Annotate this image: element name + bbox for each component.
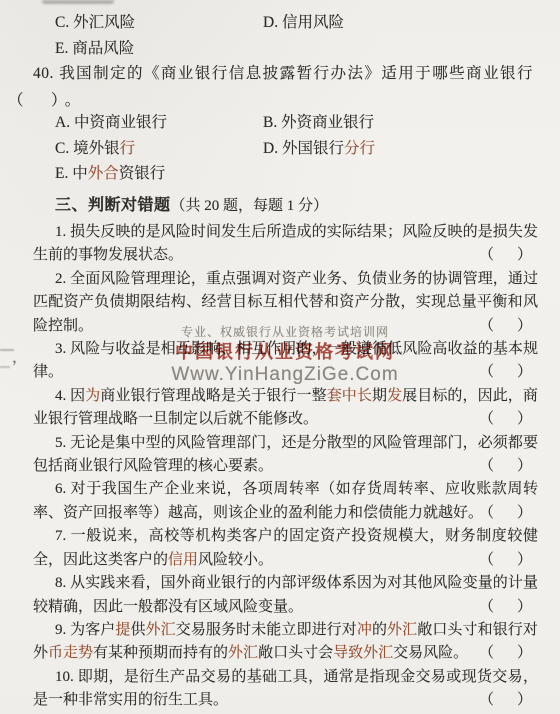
question-40-option-a: A. 中资商业银行	[55, 110, 167, 132]
judgement-question-9: 9. 为客户提供外汇交易服务时未能立即进行对冲的外汇敞口头寸和银行对外币走势有某…	[33, 619, 538, 666]
answer-bracket: （ ）	[479, 596, 536, 619]
question-40-stem: 40. 我国制定的《商业银行信息披露暂行办法》适用于哪些商业银行	[33, 61, 533, 83]
scan-edge-smudge	[42, 0, 114, 4]
judgement-question-5: 5. 无论是集中型的风险管理部门，还是分散型的风险管理部门，必须都要包括商业银行…	[33, 432, 538, 479]
answer-bracket: （ ）	[479, 408, 536, 431]
section-heading: 三、判断对错题（共 20 题，每题 1 分）	[55, 192, 328, 215]
section-meta: （共 20 题，每题 1 分）	[171, 198, 329, 214]
question-text: 8. 从实践来看，国外商业银行的内部评级体系因为对其他风险变量的计量较精确，因此…	[33, 575, 538, 614]
question-text: 9. 为客户提供外汇交易服务时未能立即进行对冲的外汇敞口头寸和银行对外币走势有某…	[33, 622, 538, 661]
question-text: 6. 对于我国生产企业来说，各项周转率（如存货周转率、应收账款周转率、资产回报率…	[33, 481, 538, 520]
stray-comma-artifact: ，	[12, 346, 27, 367]
answer-bracket: （ ）	[479, 502, 536, 525]
judgement-question-6: 6. 对于我国生产企业来说，各项周转率（如存货周转率、应收账款周转率、资产回报率…	[33, 478, 538, 525]
prev-question-option-d: D. 信用风险	[263, 10, 344, 32]
judgement-question-4: 4. 因为商业银行管理战略是关于银行一整套中长期发展目标的，因此，商业银行管理战…	[33, 385, 538, 432]
question-text: 4. 因为商业银行管理战略是关于银行一整套中长期发展目标的，因此，商业银行管理战…	[33, 388, 538, 427]
answer-bracket: （ ）	[479, 642, 536, 665]
judgement-question-2: 2. 全面风险管理理论，重点强调对资产业务、负债业务的协调管理，通过匹配资产负债…	[33, 268, 538, 338]
judgement-question-8: 8. 从实践来看，国外商业银行的内部评级体系因为对其他风险变量的计量较精确，因此…	[33, 572, 538, 619]
question-40-option-e: E. 中外合资银行	[55, 161, 165, 183]
question-40-answer-bracket: （ ）。	[8, 88, 86, 110]
answer-bracket: （ ）	[479, 689, 536, 712]
section-title: 三、判断对错题	[55, 197, 171, 214]
judgement-question-3: 3. 风险与收益是相互影响、相互作用的，一般遵循低风险高收益的基本规律。（ ）	[33, 338, 538, 385]
answer-bracket: （ ）	[479, 455, 536, 478]
answer-bracket: （ ）	[479, 244, 536, 267]
scan-edge-tick-2	[0, 366, 10, 368]
question-text: 1. 损失反映的是风险时间发生后所造成的实际结果；风险反映的是损失发生前的事物发…	[33, 224, 538, 263]
exam-page: C. 外汇风险 D. 信用风险 E. 商品风险 40. 我国制定的《商业银行信息…	[0, 0, 560, 714]
judgement-question-1: 1. 损失反映的是风险时间发生后所造成的实际结果；风险反映的是损失发生前的事物发…	[33, 221, 538, 268]
answer-bracket: （ ）	[479, 315, 536, 338]
question-40-option-d: D. 外国银行分行	[263, 136, 375, 158]
question-text: 2. 全面风险管理理论，重点强调对资产业务、负债业务的协调管理，通过匹配资产负债…	[33, 271, 538, 334]
prev-question-option-c: C. 外汇风险	[55, 10, 135, 32]
question-40-option-c: C. 境外银行	[55, 136, 135, 158]
judgement-question-7: 7. 一般说来，高校等机构类客户的固定资产投资规模大，财务制度较健全，因此这类客…	[33, 525, 538, 572]
question-text: 7. 一般说来，高校等机构类客户的固定资产投资规模大，财务制度较健全，因此这类客…	[33, 528, 538, 567]
answer-bracket: （ ）	[479, 549, 536, 572]
answer-bracket: （ ）	[479, 361, 536, 384]
judgement-question-list: 1. 损失反映的是风险时间发生后所造成的实际结果；风险反映的是损失发生前的事物发…	[33, 221, 538, 713]
question-text: 5. 无论是集中型的风险管理部门，还是分散型的风险管理部门，必须都要包括商业银行…	[33, 435, 538, 474]
question-text: 10. 即期，是衍生产品交易的基础工具，通常是指现金交易或现货交易，是一种非常实…	[33, 669, 538, 708]
question-40-option-b: B. 外资商业银行	[263, 110, 374, 132]
judgement-question-10: 10. 即期，是衍生产品交易的基础工具，通常是指现金交易或现货交易，是一种非常实…	[33, 666, 538, 713]
prev-question-option-e: E. 商品风险	[55, 36, 134, 58]
question-text: 3. 风险与收益是相互影响、相互作用的，一般遵循低风险高收益的基本规律。	[33, 341, 538, 380]
